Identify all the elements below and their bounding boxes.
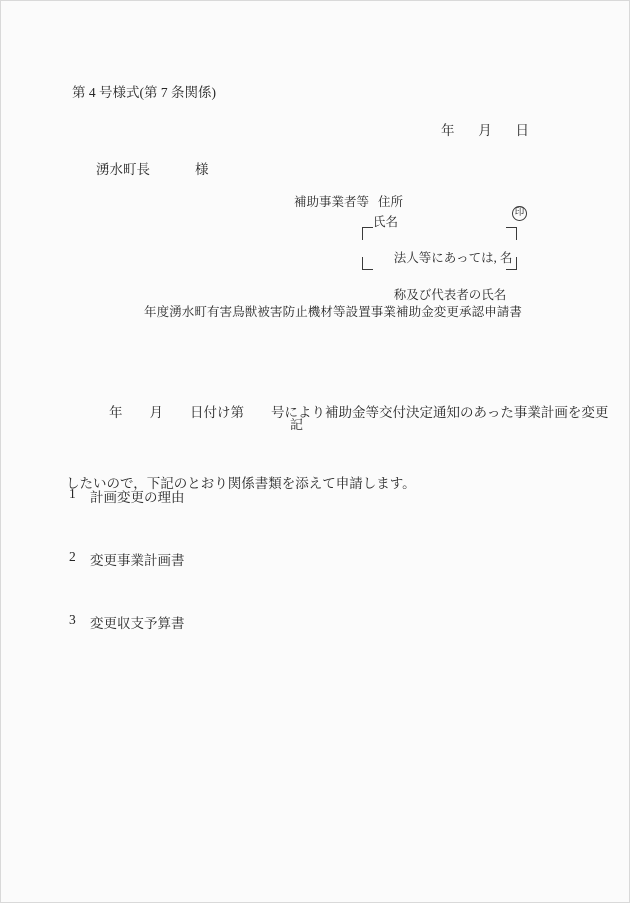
- document-page: 第 4 号様式(第 7 条関係) 年 月 日 湧水町長 様 補助事業者等 住所 …: [0, 0, 630, 903]
- attachment-label: 変更事業計画書: [90, 549, 185, 569]
- note-line-2: 称及び代表者の氏名: [394, 288, 507, 302]
- attachment-label: 変更収支予算書: [90, 612, 185, 632]
- attachment-number: 3: [69, 612, 77, 628]
- corporate-note-frame: 法人等にあっては, 名 称及び代表者の氏名: [362, 227, 517, 270]
- note-line-1: 法人等にあっては, 名: [394, 251, 513, 265]
- form-number: 第 4 号様式(第 7 条関係): [72, 81, 216, 101]
- year-label: 年: [441, 119, 455, 139]
- applicant-row: 補助事業者等 住所: [294, 192, 403, 210]
- attachment-item: 2 変更事業計画書: [69, 549, 185, 576]
- bracket-bottom-left: [362, 257, 373, 270]
- addressee-line: 湧水町長 様: [96, 158, 209, 178]
- date-line: 年 月 日: [441, 119, 529, 139]
- month-label: 月: [478, 119, 492, 139]
- address-label: 住所: [378, 192, 403, 210]
- attachment-item: 1 計画変更の理由: [69, 486, 185, 513]
- day-label: 日: [516, 119, 530, 139]
- seal-mark-text: 印: [515, 209, 525, 219]
- seal-icon: 印: [512, 206, 527, 221]
- attachment-number: 1: [69, 486, 77, 502]
- bracket-top-left: [362, 227, 373, 240]
- document-title: 年度湧水町有害鳥獣被害防止機材等設置事業補助金変更承認申請書: [144, 302, 522, 320]
- applicant-label: 補助事業者等: [294, 192, 369, 210]
- record-heading: 記: [290, 414, 303, 433]
- attachment-list: 1 計画変更の理由 2 変更事業計画書 3 変更収支予算書: [69, 450, 185, 675]
- addressee-honorific: 様: [195, 158, 209, 178]
- attachment-number: 2: [69, 549, 77, 565]
- body-line-1: 年 月 日付け第 号により補助金等交付決定通知のあった事業計画を変更: [66, 401, 606, 425]
- attachment-item: 3 変更収支予算書: [69, 612, 185, 639]
- attachment-label: 計画変更の理由: [90, 486, 185, 506]
- addressee-name: 湧水町長: [96, 158, 150, 178]
